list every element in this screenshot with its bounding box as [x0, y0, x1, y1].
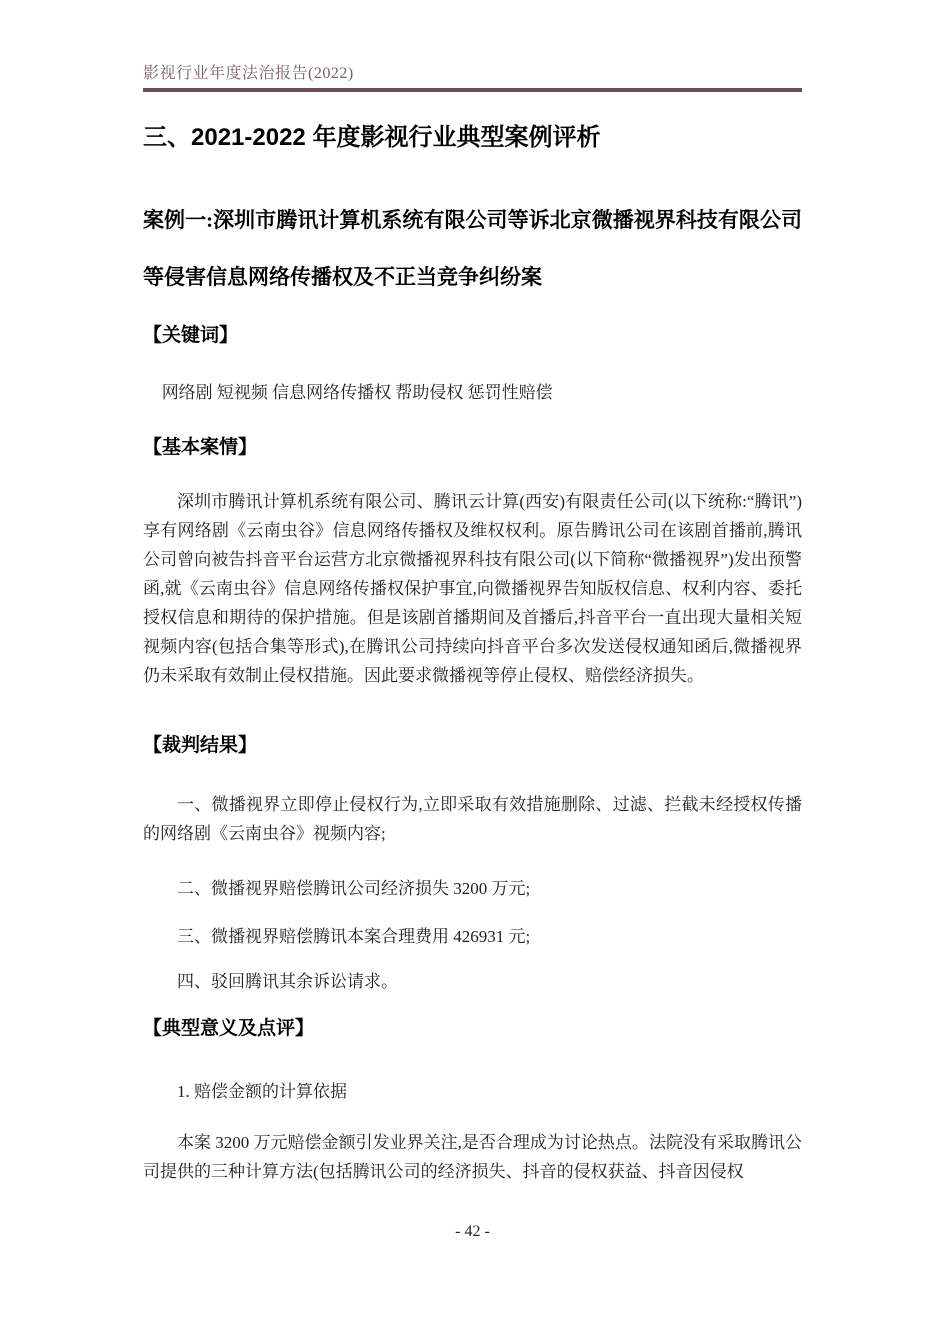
facts-heading: 【基本案情】: [143, 434, 802, 462]
facts-paragraph: 深圳市腾讯计算机系统有限公司、腾讯云计算(西安)有限责任公司(以下统称:“腾讯”…: [143, 487, 802, 690]
significance-paragraph: 本案 3200 万元赔偿金额引发业界关注,是否合理成为讨论热点。法院没有采取腾讯…: [143, 1128, 802, 1186]
judgment-item: 二、微播视界赔偿腾讯公司经济损失 3200 万元;: [143, 874, 802, 903]
judgment-item: 四、驳回腾讯其余诉讼请求。: [143, 967, 802, 996]
judgment-item: 三、微播视界赔偿腾讯本案合理费用 426931 元;: [143, 922, 802, 951]
significance-subheading: 1. 赔偿金额的计算依据: [143, 1077, 802, 1106]
judgment-item: 一、微播视界立即停止侵权行为,立即采取有效措施删除、过滤、拦截未经授权传播的网络…: [143, 790, 802, 848]
page-body: 三、2021-2022 年度影视行业典型案例评析 案例一:深圳市腾讯计算机系统有…: [143, 122, 802, 1186]
page-header: 影视行业年度法治报告(2022): [143, 0, 802, 92]
section-title: 三、2021-2022 年度影视行业典型案例评析: [143, 122, 802, 154]
report-header-title: 影视行业年度法治报告(2022): [143, 62, 802, 86]
significance-heading: 【典型意义及点评】: [143, 1015, 802, 1043]
page-number: - 42 -: [455, 1223, 490, 1240]
keywords-heading: 【关键词】: [143, 322, 802, 350]
header-rule: [143, 88, 802, 92]
keywords-line: 网络剧 短视频 信息网络传播权 帮助侵权 惩罚性赔偿: [143, 378, 802, 407]
document-page: 影视行业年度法治报告(2022) 三、2021-2022 年度影视行业典型案例评…: [0, 0, 945, 1336]
case-title: 案例一:深圳市腾讯计算机系统有限公司等诉北京微播视界科技有限公司等侵害信息网络传…: [143, 192, 802, 306]
page-footer: - 42 -: [0, 1220, 945, 1244]
judgment-heading: 【裁判结果】: [143, 732, 802, 760]
